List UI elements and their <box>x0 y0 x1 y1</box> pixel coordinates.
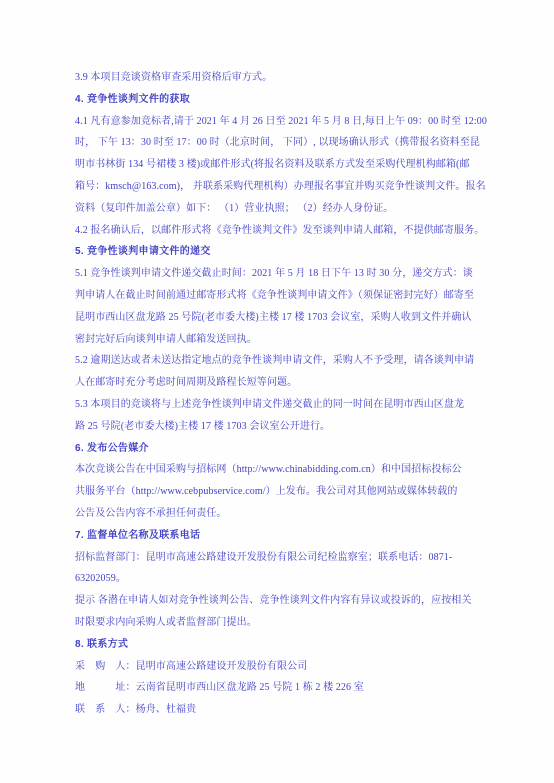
text-line: 采 购 人：昆明市高速公路建设开发股份有限公司 <box>75 656 499 678</box>
text-line: 资料（复印件加盖公章）如下： （1）营业执照； （2）经办人身份证。 <box>75 198 499 220</box>
text-line: 联 系 人：杨舟、杜福贵 <box>75 699 499 721</box>
section-heading: 7. 监督单位名称及联系电话 <box>75 525 499 547</box>
section-heading: 4. 竞争性谈判文件的获取 <box>75 89 499 111</box>
text-line: 时限要求内向采购人或者监督部门提出。 <box>75 612 499 634</box>
text-line: 招标监督部门：昆明市高速公路建设开发股份有限公司纪检监察室；联系电话：0871- <box>75 547 499 569</box>
text-line: 5.2 逾期送达或者未送达指定地点的竞争性谈判申请文件，采购人不予受理，请各谈判… <box>75 350 499 372</box>
text-line: 共服务平台（http://www.cebpubservice.com/）上发布。… <box>75 481 499 503</box>
text-line: 路 25 号院(老市委大楼)主楼 17 楼 1703 会议室公开进行。 <box>75 416 499 438</box>
text-line: 昆明市西山区盘龙路 25 号院(老市委大楼)主楼 17 楼 1703 会议室，采… <box>75 307 499 329</box>
text-line: 人在邮寄时充分考虑时间周期及路程长短等问题。 <box>75 372 499 394</box>
text-line: 箱号：kmsch@163.com)， 并联系采购代理机构）办理报名事宜并购买竞争… <box>75 176 499 198</box>
text-line: 判申请人在截止时间前通过邮寄形式将《竞争性谈判申请文件》（须保证密封完好）邮寄至 <box>75 285 499 307</box>
text-line: 4.2 报名确认后，以邮件形式将《竞争性谈判文件》发至谈判申请人邮箱，不提供邮寄… <box>75 220 499 242</box>
text-line: 本次竞谈公告在中国采购与招标网（http://www.chinabidding.… <box>75 459 499 481</box>
text-line: 5.3 本项目的竞谈将与上述竞争性谈判申请文件递交截止的同一时间在昆明市西山区盘… <box>75 394 499 416</box>
text-line: 63202059。 <box>75 568 499 590</box>
text-line: 地 址：云南省昆明市西山区盘龙路 25 号院 1 栋 2 楼 226 室 <box>75 677 499 699</box>
text-line: 4.1 凡有意参加竞标者,请于 2021 年 4 月 26 日至 2021 年 … <box>75 111 499 133</box>
section-heading: 8. 联系方式 <box>75 634 499 656</box>
text-line: 时， 下午 13：30 时至 17：00 时（北京时间， 下同）, 以现场确认形… <box>75 132 499 154</box>
document-page: 3.9 本项目竞谈资格审查采用资格后审方式。4. 竞争性谈判文件的获取4.1 凡… <box>0 0 554 783</box>
text-line: 3.9 本项目竞谈资格审查采用资格后审方式。 <box>75 67 499 89</box>
section-heading: 6. 发布公告媒介 <box>75 438 499 460</box>
text-line: 明市书林街 134 号裙楼 3 楼)或邮件形式(将报名资料及联系方式发至采购代理… <box>75 154 499 176</box>
text-line: 公告及公告内容不承担任何责任。 <box>75 503 499 525</box>
section-heading: 5. 竞争性谈判申请文件的递交 <box>75 241 499 263</box>
text-line: 密封完好后向谈判申请人邮箱发送回执。 <box>75 329 499 351</box>
document-body: 3.9 本项目竞谈资格审查采用资格后审方式。4. 竞争性谈判文件的获取4.1 凡… <box>75 67 499 721</box>
text-line: 提示 各潜在申请人如对竞争性谈判公告、竞争性谈判文件内容有异议或投诉的，应按相关 <box>75 590 499 612</box>
text-line: 5.1 竞争性谈判申请文件递交截止时间：2021 年 5 月 18 日下午 13… <box>75 263 499 285</box>
